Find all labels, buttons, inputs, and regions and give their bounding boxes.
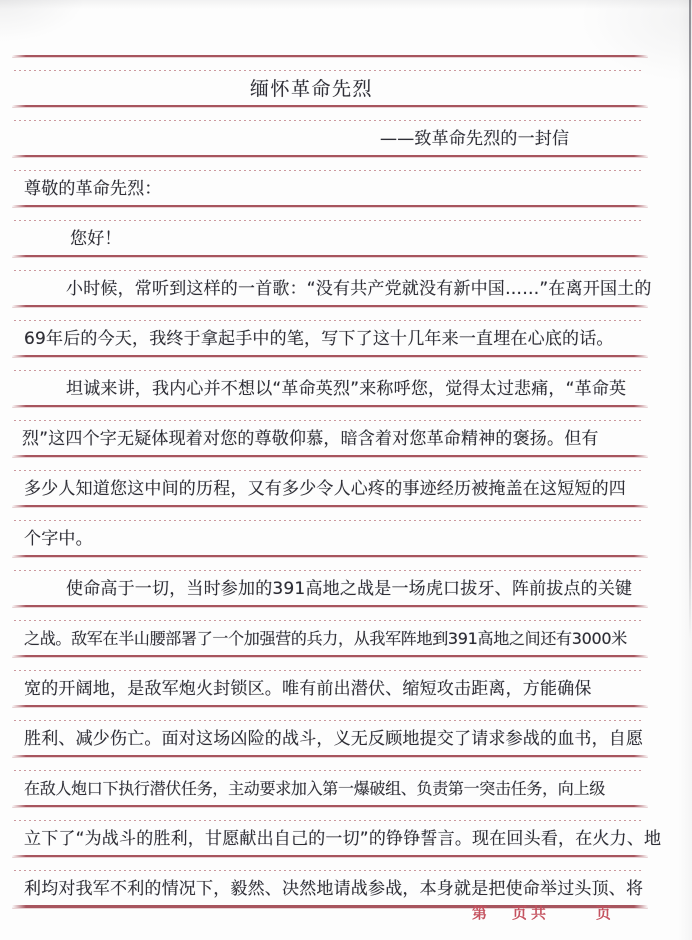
rule-line-solid bbox=[12, 255, 648, 257]
handwriting-line: 小时候，常听到这样的一首歌：“没有共产党就没有新中国……”在离开国土的 bbox=[66, 272, 652, 305]
rule-line-dotted bbox=[14, 170, 644, 171]
rule-line-dotted bbox=[14, 220, 644, 221]
footer-label-di: 第 bbox=[472, 903, 487, 925]
rule-line-dotted bbox=[14, 570, 644, 571]
rule-line-dotted bbox=[14, 620, 644, 621]
rule-line-solid bbox=[12, 605, 648, 607]
rule-line-solid bbox=[12, 305, 648, 307]
rule-line-solid bbox=[12, 55, 648, 57]
rule-line-solid bbox=[12, 555, 648, 557]
footer-label-gong: 共 bbox=[531, 903, 546, 925]
handwriting-line: 烈”这四个字无疑体现着对您的尊敬仰慕，暗含着对您革命精神的褒扬。但有 bbox=[22, 422, 599, 455]
rule-line-dotted bbox=[14, 520, 644, 521]
rule-line-dotted bbox=[14, 70, 644, 71]
handwriting-line: 使命高于一切，当时参加的391高地之战是一场虎口拔牙、阵前拔点的关键 bbox=[66, 572, 632, 605]
handwriting-line: 坦诚来讲，我内心并不想以“革命英烈”来称呼您，觉得太过悲痛，“革命英 bbox=[66, 372, 626, 405]
rule-line-solid bbox=[12, 855, 648, 857]
rule-line-dotted bbox=[14, 670, 644, 671]
handwriting-subtitle: ——致革命先烈的一封信 bbox=[380, 122, 569, 155]
rule-line-solid bbox=[12, 505, 648, 507]
handwriting-line: 利均对我军不利的情况下，毅然、决然地请战参战，本身就是把使命举过头顶、将 bbox=[24, 872, 643, 905]
rule-line-solid bbox=[12, 455, 648, 457]
rule-line-solid bbox=[12, 155, 648, 157]
rule-line-dotted bbox=[14, 720, 644, 721]
rule-line-dotted bbox=[14, 370, 644, 371]
handwriting-line: 69年后的今天，我终于拿起手中的笔，写下了这十几年来一直埋在心底的话。 bbox=[24, 322, 614, 355]
handwriting-line: 之战。敌军在半山腰部署了一个加强营的兵力，从我军阵地到391高地之间还有3000… bbox=[24, 622, 627, 655]
handwriting-line: 宽的开阔地，是敌军炮火封锁区。唯有前出潜伏、缩短攻击距离，方能确保 bbox=[24, 672, 592, 705]
handwriting-greeting: 您好！ bbox=[70, 222, 122, 255]
footer-label-ye2: 页 bbox=[596, 903, 611, 925]
handwriting-salutation: 尊敬的革命先烈： bbox=[24, 172, 162, 205]
handwriting-line: 个字中。 bbox=[24, 522, 93, 555]
rule-line-dotted bbox=[14, 120, 644, 121]
rule-line-dotted bbox=[14, 420, 644, 421]
rule-line-solid bbox=[12, 905, 648, 908]
rule-line-dotted bbox=[14, 320, 644, 321]
handwriting-title: 缅怀革命先烈 bbox=[250, 72, 373, 105]
paper-edge bbox=[689, 0, 691, 640]
handwriting-line: 在敌人炮口下执行潜伏任务，主动要求加入第一爆破组、负责第一突击任务，向上级 bbox=[24, 772, 605, 805]
rule-line-dotted bbox=[14, 770, 644, 771]
handwriting-line: 立下了“为战斗的胜利，甘愿献出自己的一切”的铮铮誓言。现在回头看，在火力、地 bbox=[24, 822, 661, 855]
handwriting-line: 多少人知道您这中间的历程，又有多少令人心疼的事迹经历被掩盖在这短短的四 bbox=[24, 472, 626, 505]
rule-line-dotted bbox=[14, 870, 644, 871]
rule-line-dotted bbox=[14, 270, 644, 271]
rule-line-dotted bbox=[14, 470, 644, 471]
rule-line-solid bbox=[12, 805, 648, 807]
handwriting-line: 胜利、减少伤亡。面对这场凶险的战斗，义无反顾地提交了请求参战的血书，自愿 bbox=[24, 722, 643, 755]
rule-line-solid bbox=[12, 105, 648, 107]
rule-line-solid bbox=[12, 405, 648, 407]
rule-line-dotted bbox=[14, 820, 644, 821]
rule-line-solid bbox=[12, 355, 648, 357]
rule-line-solid bbox=[12, 655, 648, 657]
rule-line-solid bbox=[12, 205, 648, 207]
rule-line-solid bbox=[12, 755, 648, 757]
footer-label-ye1: 页 bbox=[512, 903, 527, 925]
rule-line-solid bbox=[12, 705, 648, 707]
